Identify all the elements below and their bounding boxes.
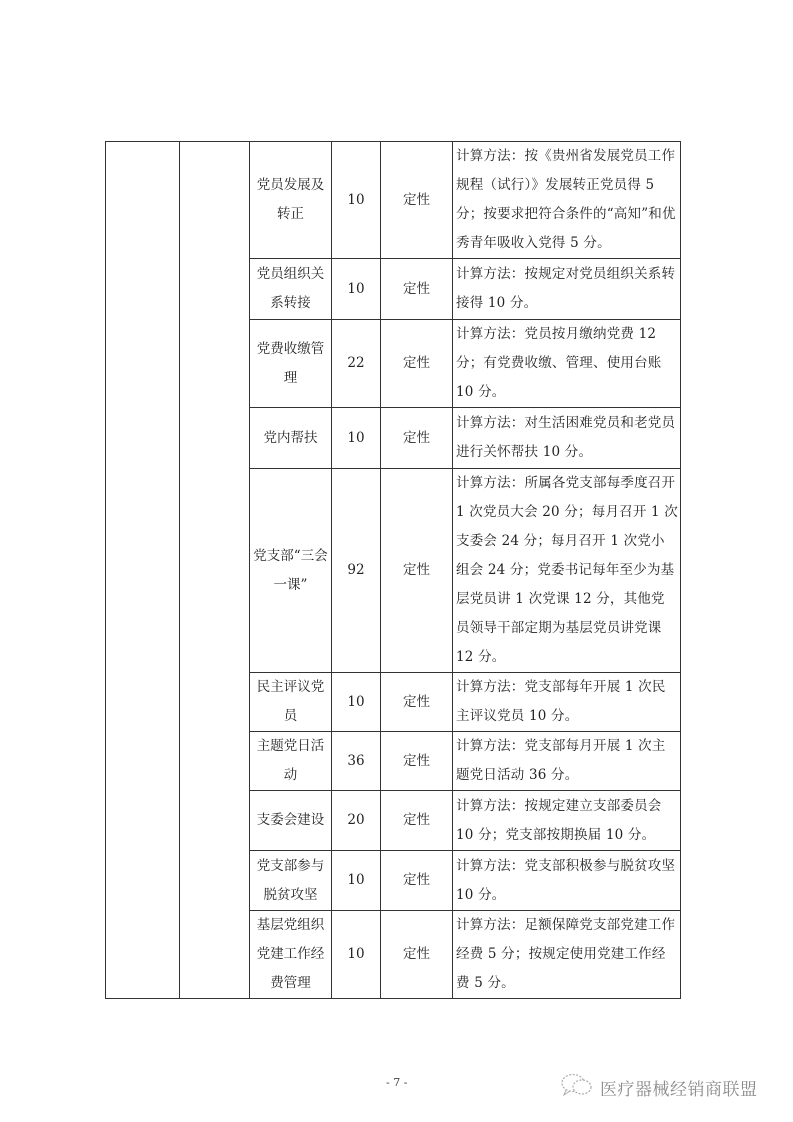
watermark: 医疗器械经销商联盟: [560, 1072, 758, 1102]
score-cell: 22: [332, 320, 381, 408]
type-cell: 定性: [381, 791, 453, 851]
type-cell: 定性: [381, 142, 453, 259]
type-cell: 定性: [381, 469, 453, 673]
type-cell: 定性: [381, 320, 453, 408]
table-row: 党员发展及转正10定性计算方法：按《贵州省发展党员工作规程（试行）》发展转正党员…: [106, 142, 681, 259]
item-name-cell: 党支部“三会一课”: [250, 469, 332, 673]
method-cell: 计算方法：按《贵州省发展党员工作规程（试行）》发展转正党员得 5 分；按要求把符…: [453, 142, 681, 259]
type-cell: 定性: [381, 408, 453, 469]
type-cell: 定性: [381, 732, 453, 791]
method-cell: 计算方法：对生活困难党员和老党员进行关怀帮扶 10 分。: [453, 408, 681, 469]
type-cell: 定性: [381, 259, 453, 320]
method-cell: 计算方法：足额保障党支部党建工作经费 5 分；按规定使用党建工作经费 5 分。: [453, 911, 681, 999]
watermark-text: 医疗器械经销商联盟: [600, 1075, 758, 1100]
page-number: - 7 -: [386, 1076, 407, 1089]
item-name-cell: 党支部参与脱贫攻坚: [250, 851, 332, 911]
scoring-table: 党员发展及转正10定性计算方法：按《贵州省发展党员工作规程（试行）》发展转正党员…: [105, 141, 681, 999]
score-cell: 10: [332, 259, 381, 320]
item-name-cell: 党员组织关系转接: [250, 259, 332, 320]
score-cell: 10: [332, 408, 381, 469]
score-cell: 20: [332, 791, 381, 851]
item-name-cell: 民主评议党员: [250, 673, 332, 732]
type-cell: 定性: [381, 673, 453, 732]
wechat-icon: [560, 1072, 594, 1102]
item-name-cell: 党费收缴管理: [250, 320, 332, 408]
category-cell: [106, 142, 180, 999]
method-cell: 计算方法：党员按月缴纳党费 12 分；有党费收缴、管理、使用台账 10 分。: [453, 320, 681, 408]
score-cell: 10: [332, 851, 381, 911]
item-name-cell: 支委会建设: [250, 791, 332, 851]
method-cell: 计算方法：党支部每月开展 1 次主题党日活动 36 分。: [453, 732, 681, 791]
score-cell: 10: [332, 142, 381, 259]
item-name-cell: 党员发展及转正: [250, 142, 332, 259]
type-cell: 定性: [381, 851, 453, 911]
method-cell: 计算方法：党支部积极参与脱贫攻坚 10 分。: [453, 851, 681, 911]
method-cell: 计算方法：所属各党支部每季度召开 1 次党员大会 20 分；每月召开 1 次支委…: [453, 469, 681, 673]
score-cell: 10: [332, 911, 381, 999]
score-cell: 36: [332, 732, 381, 791]
item-name-cell: 党内帮扶: [250, 408, 332, 469]
method-cell: 计算方法：按规定对党员组织关系转接得 10 分。: [453, 259, 681, 320]
method-cell: 计算方法：按规定建立支部委员会 10 分；党支部按期换届 10 分。: [453, 791, 681, 851]
item-name-cell: 基层党组织党建工作经费管理: [250, 911, 332, 999]
score-cell: 92: [332, 469, 381, 673]
score-cell: 10: [332, 673, 381, 732]
type-cell: 定性: [381, 911, 453, 999]
item-name-cell: 主题党日活动: [250, 732, 332, 791]
method-cell: 计算方法：党支部每年开展 1 次民主评议党员 10 分。: [453, 673, 681, 732]
subcategory-cell: [180, 142, 250, 999]
